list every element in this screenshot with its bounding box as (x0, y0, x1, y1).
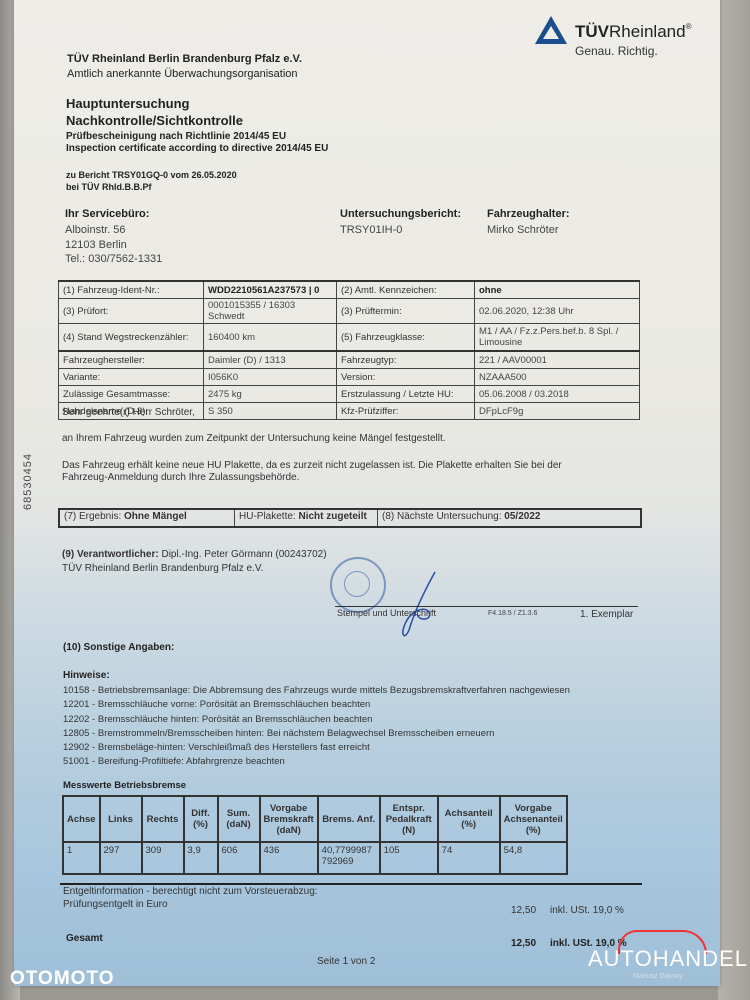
plakette-cell: HU-Plakette: Nicht zugeteilt (235, 510, 378, 526)
vehicle-table-row: Fahrzeughersteller:Daimler (D) / 1313Fah… (59, 351, 640, 369)
fee-value: 12,50 (511, 905, 536, 916)
field-label: (5) Fahrzeugklasse: (337, 324, 475, 352)
signature-icon (395, 570, 445, 640)
brake-column-header: Achsanteil (%) (438, 796, 500, 842)
responsible-person: (9) Verantwortlicher: Dipl.-Ing. Peter G… (62, 549, 327, 560)
note-item: 51001 - Bereifung-Profiltiefe: Abfahrgre… (63, 755, 570, 769)
field-value: ohne (475, 281, 640, 299)
vehicle-table-row: (3) Prüfort:0001015355 / 16303 Schwedt(3… (59, 299, 640, 324)
service-office-street: Alboinstr. 56 (65, 224, 126, 236)
tuv-triangle-icon (535, 16, 567, 44)
field-value: 160400 km (204, 324, 337, 352)
vehicle-table-row: (1) Fahrzeug-Ident-Nr.:WDD2210561A237573… (59, 281, 640, 299)
vehicle-owner-value: Mirko Schröter (487, 224, 559, 236)
brake-cell: 105 (380, 842, 438, 874)
brake-cell: 309 (142, 842, 184, 874)
result-value: Ohne Mängel (124, 511, 187, 522)
brake-cell: 606 (218, 842, 260, 874)
letter-salutation: Sehr geehrte(r) Herr Schröter, (62, 407, 195, 418)
field-label: (3) Prüfort: (59, 299, 204, 324)
note-item: 10158 - Betriebsbremsanlage: Die Abbrems… (63, 684, 570, 698)
field-value: WDD2210561A237573 | 0 (204, 281, 337, 299)
form-code: F4.18.5 / Z1.3.6 (488, 610, 537, 617)
dealer-name: AUTOHANDEL (588, 946, 748, 972)
letter-paragraph-2a: Das Fahrzeug erhält keine neue HU Plaket… (62, 460, 562, 471)
result-box: (7) Ergebnis: Ohne Mängel HU-Plakette: N… (58, 508, 642, 528)
field-value: S 350 (204, 403, 337, 420)
field-value: 221 / AAV00001 (475, 351, 640, 369)
note-item: 12201 - Bremsschläuche vorne: Porösität … (63, 698, 570, 712)
field-label: (4) Stand Wegstreckenzähler: (59, 324, 204, 352)
responsible-org: TÜV Rheinland Berlin Brandenburg Pfalz e… (62, 563, 263, 574)
field-value: 0001015355 / 16303 Schwedt (204, 299, 337, 324)
field-value: 2475 kg (204, 386, 337, 403)
issuer-subtitle: Amtlich anerkannte Überwachungsorganisat… (67, 68, 298, 80)
brake-cell: 436 (260, 842, 318, 874)
registered-mark: ® (686, 22, 692, 31)
issuer-name: TÜV Rheinland Berlin Brandenburg Pfalz e… (67, 53, 302, 65)
fee-label: Prüfungsentgelt in Euro (63, 899, 168, 910)
field-value: 02.06.2020, 12:38 Uhr (475, 299, 640, 324)
official-stamp-icon (330, 557, 386, 613)
next-inspection-cell: (8) Nächste Untersuchung: 05/2022 (378, 510, 640, 526)
notes-list: 10158 - Betriebsbremsanlage: Die Abbrems… (63, 684, 570, 770)
brake-column-header: Rechts (142, 796, 184, 842)
field-label: Variante: (59, 369, 204, 386)
total-value: 12,50 (511, 938, 536, 949)
title-directive-en: Inspection certificate according to dire… (66, 143, 328, 154)
vehicle-table-row: Zulässige Gesamtmasse:2475 kgErstzulassu… (59, 386, 640, 403)
service-office-label: Ihr Servicebüro: (65, 208, 149, 220)
signature-label: Stempel und Unterschrift (337, 608, 436, 618)
field-label: (2) Amtl. Kennzeichen: (337, 281, 475, 299)
fee-tax: inkl. USt. 19,0 % (550, 905, 624, 916)
brake-table-title: Messwerte Betriebsbremse (63, 780, 186, 791)
other-info-heading: (10) Sonstige Angaben: (63, 642, 174, 653)
note-item: 12805 - Bremstrommeln/Bremsscheiben hint… (63, 727, 570, 741)
field-label: Kfz-Prüfziffer: (337, 403, 475, 420)
side-document-number: 68530454 (22, 453, 34, 510)
field-label: Version: (337, 369, 475, 386)
signature-line (335, 606, 638, 607)
service-office-city: 12103 Berlin (65, 239, 127, 251)
brake-column-header: Achse (63, 796, 100, 842)
note-item: 12902 - Bremsbeläge-hinten: Verschleißma… (63, 741, 570, 755)
brake-cell: 74 (438, 842, 500, 874)
brake-column-header: Vorgabe Achsenanteil (%) (500, 796, 567, 842)
total-label: Gesamt (66, 933, 103, 944)
note-item: 12202 - Bremsschläuche hinten: Porösität… (63, 713, 570, 727)
brake-cell: 40,7799987792969 (318, 842, 380, 874)
field-label: Zulässige Gesamtmasse: (59, 386, 204, 403)
inspection-report-value: TRSY01IH-0 (340, 224, 402, 236)
title-sub: Nachkontrolle/Sichtkontrolle (66, 113, 243, 128)
dealer-owner: Mariusz Gajowy (633, 973, 683, 980)
brake-column-header: Entspr. Pedalkraft (N) (380, 796, 438, 842)
page-number: Seite 1 von 2 (317, 956, 375, 967)
inspection-report-label: Untersuchungsbericht: (340, 208, 461, 220)
brake-table-row: 12973093,960643640,77999877929691057454,… (63, 842, 567, 874)
letter-paragraph-1: an Ihrem Fahrzeug wurden zum Zeitpunkt d… (62, 433, 446, 444)
field-label: Erstzulassung / Letzte HU: (337, 386, 475, 403)
brake-cell: 297 (100, 842, 142, 874)
field-value: DFpLcF9g (475, 403, 640, 420)
service-office-phone: Tel.: 030/7562-1331 (65, 253, 162, 265)
field-value: NZAAA500 (475, 369, 640, 386)
brake-column-header: Diff. (%) (184, 796, 218, 842)
vehicle-table-row: (4) Stand Wegstreckenzähler:160400 km(5)… (59, 324, 640, 352)
brake-column-header: Vorgabe Bremskraft (daN) (260, 796, 318, 842)
field-value: I056K0 (204, 369, 337, 386)
result-cell: (7) Ergebnis: Ohne Mängel (60, 510, 235, 526)
brake-column-header: Links (100, 796, 142, 842)
otomoto-watermark: OTOMOTO (10, 968, 114, 990)
fees-divider (60, 883, 642, 885)
autohandel-watermark: AUTOHANDEL Mariusz Gajowy (588, 930, 738, 990)
notes-heading: Hinweise: (63, 670, 110, 681)
brake-measurements-table: AchseLinksRechtsDiff. (%)Sum. (daN)Vorga… (62, 795, 568, 875)
field-label: Fahrzeughersteller: (59, 351, 204, 369)
logo-slogan: Genau. Richtig. (575, 44, 658, 58)
vehicle-table-row: Variante:I056K0Version:NZAAA500 (59, 369, 640, 386)
logo-brand-bold: TÜV (575, 22, 609, 41)
vehicle-data-table: (1) Fahrzeug-Ident-Nr.:WDD2210561A237573… (58, 280, 640, 420)
field-value: Daimler (D) / 1313 (204, 351, 337, 369)
letter-paragraph-2b: Fahrzeug-Anmeldung durch Ihre Zulassungs… (62, 472, 299, 483)
vehicle-owner-label: Fahrzeughalter: (487, 208, 570, 220)
field-label: Fahrzeugtyp: (337, 351, 475, 369)
title-directive-de: Prüfbescheinigung nach Richtlinie 2014/4… (66, 131, 286, 142)
brake-cell: 1 (63, 842, 100, 874)
brake-column-header: Sum. (daN) (218, 796, 260, 842)
field-label: (1) Fahrzeug-Ident-Nr.: (59, 281, 204, 299)
brake-cell: 3,9 (184, 842, 218, 874)
title-main: Hauptuntersuchung (66, 96, 190, 111)
background-right (718, 0, 750, 1000)
brake-cell: 54,8 (500, 842, 567, 874)
field-value: M1 / AA / Fz.z.Pers.bef.b. 8 Spl. / Limo… (475, 324, 640, 352)
fee-info: Entgeltinformation - berechtigt nicht zu… (63, 886, 318, 897)
next-inspection-value: 05/2022 (504, 511, 540, 522)
field-label: (3) Prüftermin: (337, 299, 475, 324)
logo-brand-rest: Rheinland (609, 22, 686, 41)
report-location: bei TÜV Rhld.B.B.Pf (66, 182, 152, 192)
report-reference: zu Bericht TRSY01GQ-0 vom 26.05.2020 (66, 170, 237, 180)
copy-label: 1. Exemplar (580, 609, 633, 620)
brake-column-header: Brems. Anf. (318, 796, 380, 842)
plakette-value: Nicht zugeteilt (298, 511, 366, 522)
field-value: 05.06.2008 / 03.2018 (475, 386, 640, 403)
